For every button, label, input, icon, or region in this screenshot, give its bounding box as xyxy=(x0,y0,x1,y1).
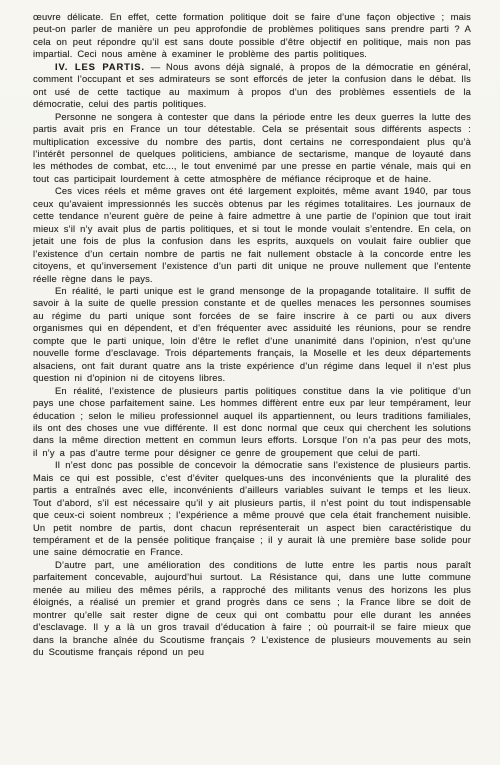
paragraph: IV. LES PARTIS. — Nous avons déjà signal… xyxy=(33,61,471,111)
paragraph-text: En réalité, le parti unique est le grand… xyxy=(33,285,471,383)
paragraph: œuvre délicate. En effet, cette formatio… xyxy=(33,11,471,61)
paragraph-text: Ces vices réels et même graves ont été l… xyxy=(33,185,471,283)
paragraph-text: œuvre délicate. En effet, cette formatio… xyxy=(33,11,471,59)
paragraph-text: Il n’est donc pas possible de concevoir … xyxy=(33,459,471,557)
paragraph-text: Personne ne songera à contester que dans… xyxy=(33,111,471,184)
paragraph: Ces vices réels et même graves ont été l… xyxy=(33,185,471,285)
paragraph: Il n’est donc pas possible de concevoir … xyxy=(33,459,471,559)
paragraph-text: D’autre part, une amélioration des condi… xyxy=(33,559,471,657)
paragraph: En réalité, le parti unique est le grand… xyxy=(33,285,471,385)
paragraph-text: En réalité, l’existence de plusieurs par… xyxy=(33,385,471,458)
paragraph: D’autre part, une amélioration des condi… xyxy=(33,559,471,659)
section-heading: IV. LES PARTIS. xyxy=(55,61,145,72)
body-text: œuvre délicate. En effet, cette formatio… xyxy=(33,11,471,659)
paragraph: Personne ne songera à contester que dans… xyxy=(33,111,471,186)
paragraph: En réalité, l’existence de plusieurs par… xyxy=(33,385,471,460)
scanned-document-page: œuvre délicate. En effet, cette formatio… xyxy=(0,0,500,765)
